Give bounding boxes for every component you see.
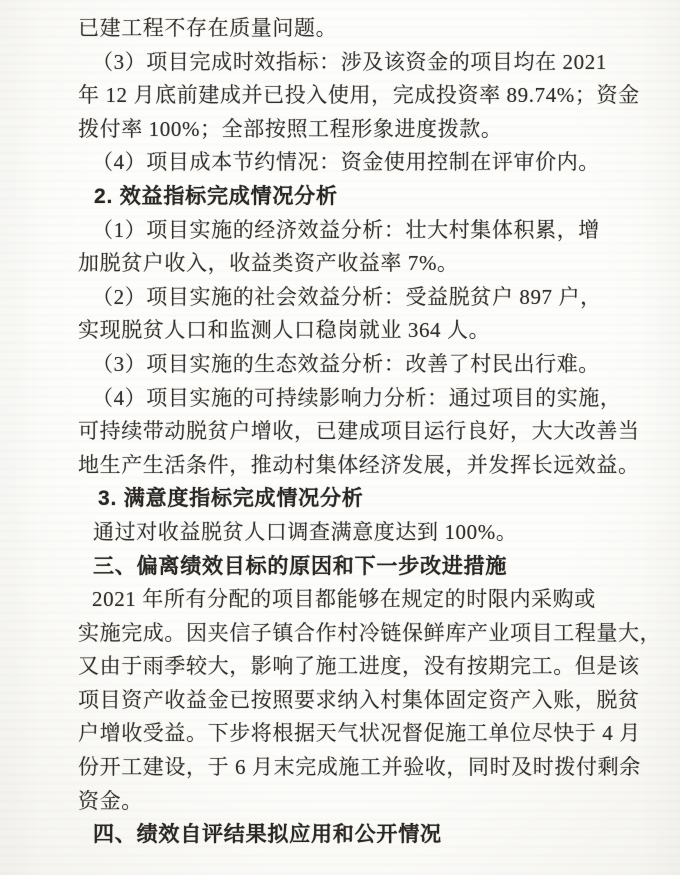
text-line: （3）项目实施的生态效益分析：改善了村民出行难。 (78, 348, 618, 382)
text-line: 资金。 (78, 785, 618, 819)
text-line: （3）项目完成时效指标：涉及该资金的项目均在 2021 (78, 46, 618, 80)
heading-line: 三、偏离绩效目标的原因和下一步改进措施 (78, 550, 618, 584)
heading-line: 2. 效益指标完成情况分析 (78, 180, 618, 214)
text-line: 可持续带动脱贫户增收，已建成项目运行良好，大大改善当 (78, 415, 618, 449)
text-line: 拨付率 100%；全部按照工程形象进度拨款。 (78, 113, 618, 147)
heading-line: 3. 满意度指标完成情况分析 (78, 482, 618, 516)
document-page: 已建工程不存在质量问题。（3）项目完成时效指标：涉及该资金的项目均在 2021年… (0, 0, 680, 875)
text-line: 已建工程不存在质量问题。 (78, 12, 618, 46)
document-text: 已建工程不存在质量问题。（3）项目完成时效指标：涉及该资金的项目均在 2021年… (78, 12, 618, 852)
text-line: 项目资产收益金已按照要求纳入村集体固定资产入账，脱贫 (78, 684, 618, 718)
text-line: （4）项目成本节约情况：资金使用控制在评审价内。 (78, 146, 618, 180)
text-line: （4）项目实施的可持续影响力分析：通过项目的实施， (78, 382, 618, 416)
text-line: （2）项目实施的社会效益分析：受益脱贫户 897 户， (78, 281, 618, 315)
text-line: 实现脱贫人口和监测人口稳岗就业 364 人。 (78, 314, 618, 348)
text-line: 又由于雨季较大，影响了施工进度，没有按期完工。但是该 (78, 650, 618, 684)
text-line: 年 12 月底前建成并已投入使用，完成投资率 89.74%；资金 (78, 79, 618, 113)
heading-line: 四、绩效自评结果拟应用和公开情况 (78, 818, 618, 852)
text-line: 户增收受益。下步将根据天气状况督促施工单位尽快于 4 月 (78, 717, 618, 751)
text-line: 加脱贫户收入，收益类资产收益率 7%。 (78, 247, 618, 281)
text-line: 2021 年所有分配的项目都能够在规定的时限内采购或 (78, 583, 618, 617)
text-line: 地生产生活条件，推动村集体经济发展，并发挥长远效益。 (78, 449, 618, 483)
text-line: 实施完成。因夹信子镇合作村冷链保鲜库产业项目工程量大， (78, 617, 618, 651)
text-line: （1）项目实施的经济效益分析：壮大村集体积累，增 (78, 214, 618, 248)
text-line: 份开工建设，于 6 月末完成施工并验收，同时及时拨付剩余 (78, 751, 618, 785)
text-line: 通过对收益脱贫人口调查满意度达到 100%。 (78, 516, 618, 550)
